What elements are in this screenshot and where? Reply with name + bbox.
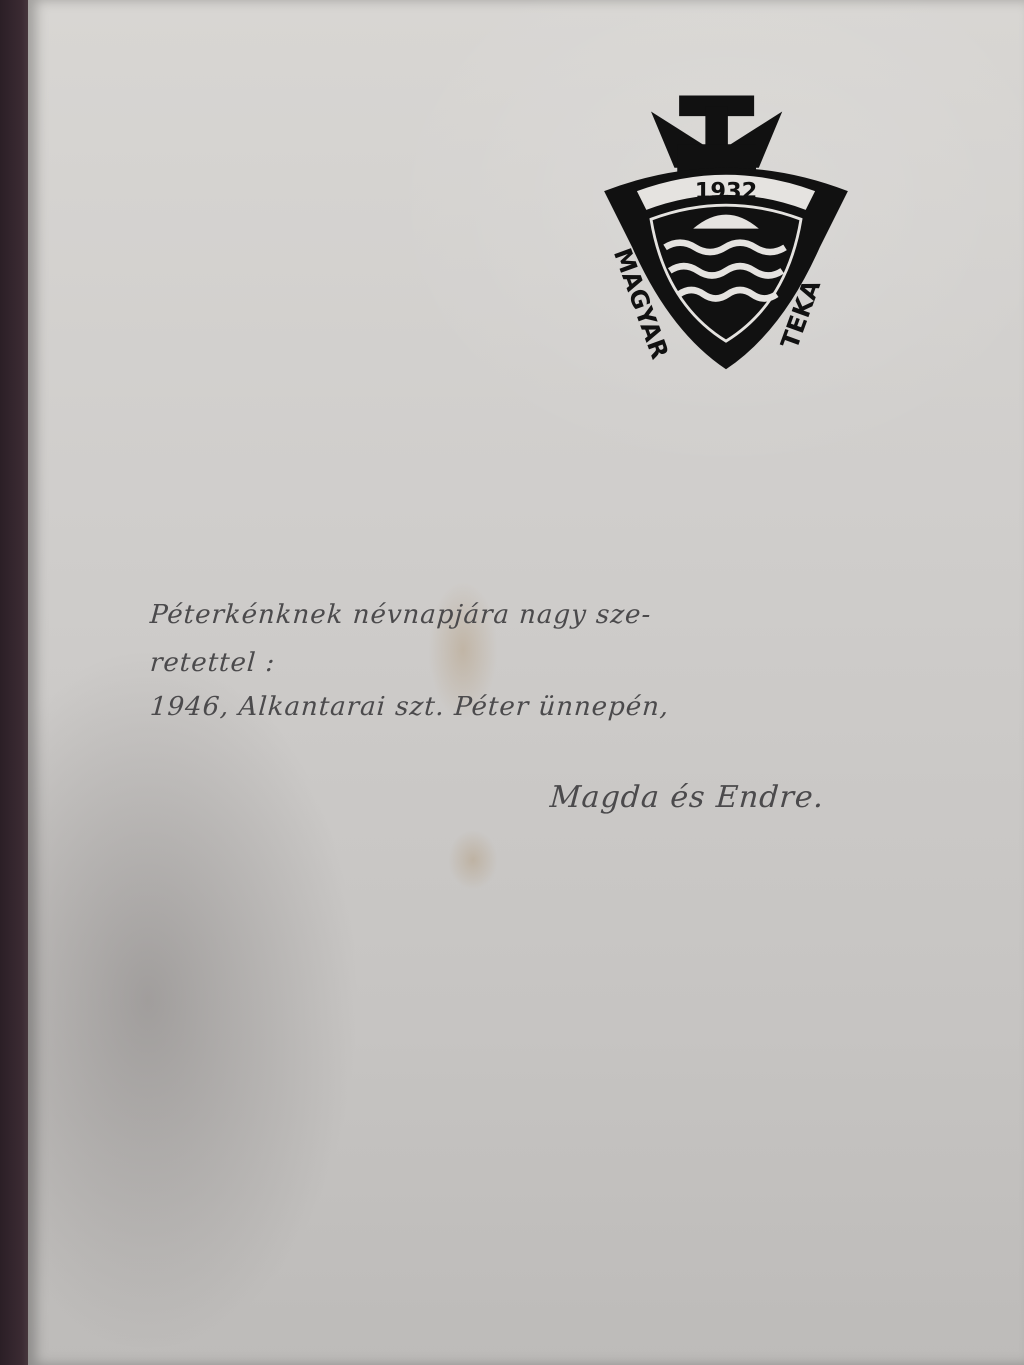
dedication-line-3: 1946, Alkantarai szt. Péter ünnepén, — [149, 692, 670, 722]
magyar-teka-logo-icon: 1932 MAGYAR TEKA — [588, 88, 864, 388]
dedication-signature: Magda és Endre. — [549, 780, 826, 815]
logo-year: 1932 — [695, 179, 758, 205]
dedication-line-2: retettel : — [149, 648, 276, 678]
book-cover-edge — [0, 0, 30, 1365]
book-page — [28, 0, 1024, 1365]
dedication-line-1: Péterkénknek névnapjára nagy sze- — [149, 600, 652, 630]
paper-stain — [448, 830, 498, 890]
